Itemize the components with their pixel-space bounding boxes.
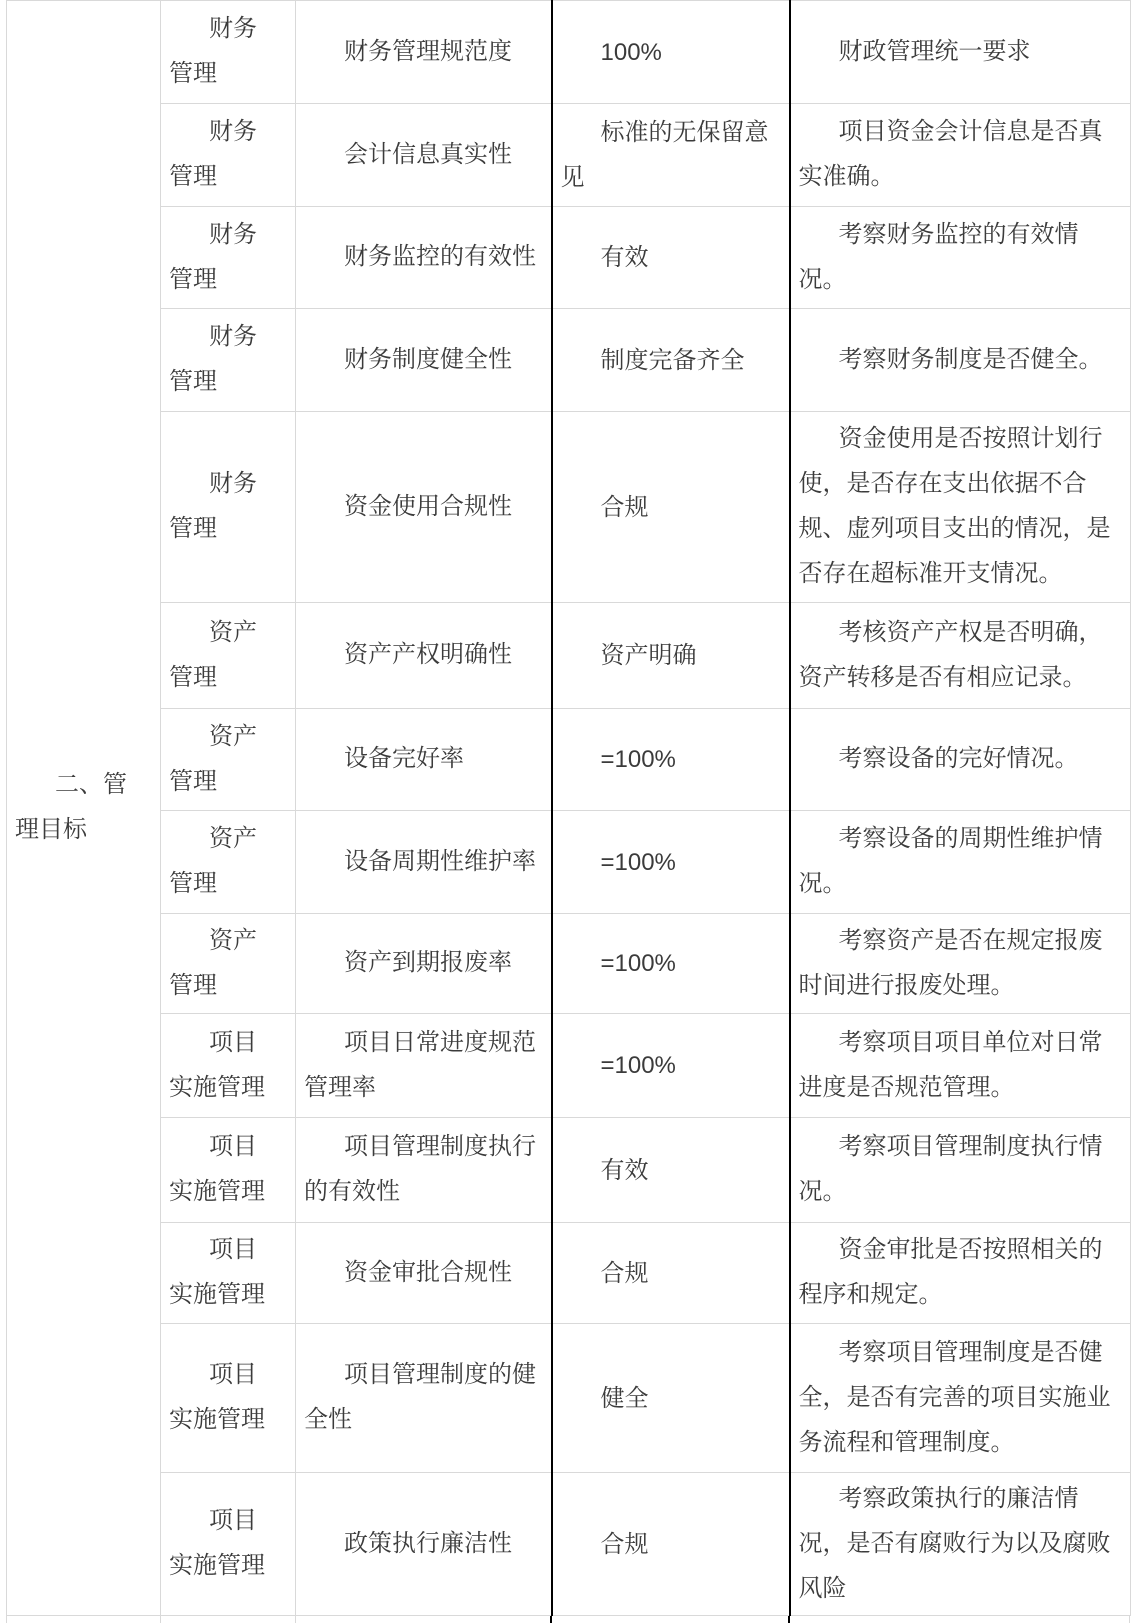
description-cell: 财政管理统一要求 [790, 1, 1131, 104]
table-column-border-stub [1129, 1616, 1130, 1623]
group-label-cell: 二、管 理目标 [7, 1, 161, 1616]
category-cell: 项目 实施管理 [161, 1324, 296, 1473]
table-row: 资产 管理 设备周期性维护率 =100% 考察设备的周期性维护情 况。 [7, 811, 1131, 914]
value-cell: 合规 [552, 412, 790, 603]
description-cell: 考察资产是否在规定报废 时间进行报废处理。 [790, 914, 1131, 1014]
category-cell: 财务 管理 [161, 104, 296, 207]
indicator-cell: 设备周期性维护率 [296, 811, 552, 914]
value-cell: 健全 [552, 1324, 790, 1473]
category-cell: 资产 管理 [161, 914, 296, 1014]
table-row: 项目 实施管理 项目管理制度的健 全性 健全 考察项目管理制度是否健 全，是否有… [7, 1324, 1131, 1473]
category-cell: 项目 实施管理 [161, 1223, 296, 1324]
indicator-cell: 设备完好率 [296, 709, 552, 811]
indicator-cell: 项目管理制度执行 的有效性 [296, 1118, 552, 1223]
description-cell: 项目资金会计信息是否真 实准确。 [790, 104, 1131, 207]
value-cell: 资产明确 [552, 603, 790, 709]
table-row: 财务 管理 会计信息真实性 标准的无保留意 见 项目资金会计信息是否真 实准确。 [7, 104, 1131, 207]
table-row: 财务 管理 资金使用合规性 合规 资金使用是否按照计划行 使，是否存在支出依据不… [7, 412, 1131, 603]
table-row: 项目 实施管理 政策执行廉洁性 合规 考察政策执行的廉洁情 况，是否有腐败行为以… [7, 1473, 1131, 1616]
indicator-cell: 资金使用合规性 [296, 412, 552, 603]
description-cell: 考察财务监控的有效情 况。 [790, 207, 1131, 309]
value-cell: 合规 [552, 1473, 790, 1616]
table-column-border-stub [6, 1616, 7, 1623]
description-cell: 资金使用是否按照计划行 使，是否存在支出依据不合 规、虚列项目支出的情况，是 否… [790, 412, 1131, 603]
indicator-cell: 项目管理制度的健 全性 [296, 1324, 552, 1473]
indicator-cell: 资金审批合规性 [296, 1223, 552, 1324]
table-row: 财务 管理 财务监控的有效性 有效 考察财务监控的有效情 况。 [7, 207, 1131, 309]
description-cell: 考察设备的完好情况。 [790, 709, 1131, 811]
indicator-cell: 财务监控的有效性 [296, 207, 552, 309]
value-cell: =100% [552, 811, 790, 914]
value-cell: =100% [552, 1014, 790, 1118]
category-cell: 资产 管理 [161, 811, 296, 914]
category-cell: 项目 实施管理 [161, 1118, 296, 1223]
table-row: 项目 实施管理 资金审批合规性 合规 资金审批是否按照相关的 程序和规定。 [7, 1223, 1131, 1324]
value-cell: 有效 [552, 1118, 790, 1223]
table-row: 资产 管理 资产产权明确性 资产明确 考核资产产权是否明确， 资产转移是否有相应… [7, 603, 1131, 709]
table-column-border-stub [295, 1616, 296, 1623]
value-cell: 制度完备齐全 [552, 309, 790, 412]
table-column-border-stub [160, 1616, 161, 1623]
table-row: 项目 实施管理 项目管理制度执行 的有效性 有效 考察项目管理制度执行情 况。 [7, 1118, 1131, 1223]
table-row: 资产 管理 资产到期报废率 =100% 考察资产是否在规定报废 时间进行报废处理… [7, 914, 1131, 1014]
description-cell: 资金审批是否按照相关的 程序和规定。 [790, 1223, 1131, 1324]
table-row: 财务 管理 财务制度健全性 制度完备齐全 考察财务制度是否健全。 [7, 309, 1131, 412]
performance-indicator-table: 二、管 理目标 财务 管理 财务管理规范度 100% 财政管理统一要求 财务 管… [6, 0, 1131, 1616]
value-cell: =100% [552, 914, 790, 1014]
category-cell: 财务 管理 [161, 1, 296, 104]
indicator-cell: 会计信息真实性 [296, 104, 552, 207]
table-row: 二、管 理目标 财务 管理 财务管理规范度 100% 财政管理统一要求 [7, 1, 1131, 104]
description-cell: 考察设备的周期性维护情 况。 [790, 811, 1131, 914]
table-column-border-stub [550, 1616, 552, 1623]
document-page: 二、管 理目标 财务 管理 财务管理规范度 100% 财政管理统一要求 财务 管… [0, 0, 1134, 1623]
description-cell: 考察政策执行的廉洁情 况，是否有腐败行为以及腐败 风险 [790, 1473, 1131, 1616]
category-cell: 资产 管理 [161, 603, 296, 709]
description-cell: 考核资产产权是否明确， 资产转移是否有相应记录。 [790, 603, 1131, 709]
value-cell: 100% [552, 1, 790, 104]
description-cell: 考察财务制度是否健全。 [790, 309, 1131, 412]
value-cell: =100% [552, 709, 790, 811]
value-cell: 标准的无保留意 见 [552, 104, 790, 207]
indicator-cell: 项目日常进度规范 管理率 [296, 1014, 552, 1118]
description-cell: 考察项目管理制度执行情 况。 [790, 1118, 1131, 1223]
indicator-cell: 政策执行廉洁性 [296, 1473, 552, 1616]
indicator-cell: 资产产权明确性 [296, 603, 552, 709]
category-cell: 财务 管理 [161, 207, 296, 309]
value-cell: 有效 [552, 207, 790, 309]
indicator-cell: 财务管理规范度 [296, 1, 552, 104]
category-cell: 资产 管理 [161, 709, 296, 811]
category-cell: 项目 实施管理 [161, 1473, 296, 1616]
indicator-cell: 资产到期报废率 [296, 914, 552, 1014]
table-column-border-stub [788, 1616, 790, 1623]
indicator-cell: 财务制度健全性 [296, 309, 552, 412]
category-cell: 财务 管理 [161, 309, 296, 412]
category-cell: 项目 实施管理 [161, 1014, 296, 1118]
description-cell: 考察项目项目单位对日常 进度是否规范管理。 [790, 1014, 1131, 1118]
value-cell: 合规 [552, 1223, 790, 1324]
table-row: 项目 实施管理 项目日常进度规范 管理率 =100% 考察项目项目单位对日常 进… [7, 1014, 1131, 1118]
description-cell: 考察项目管理制度是否健 全，是否有完善的项目实施业 务流程和管理制度。 [790, 1324, 1131, 1473]
table-row: 资产 管理 设备完好率 =100% 考察设备的完好情况。 [7, 709, 1131, 811]
category-cell: 财务 管理 [161, 412, 296, 603]
